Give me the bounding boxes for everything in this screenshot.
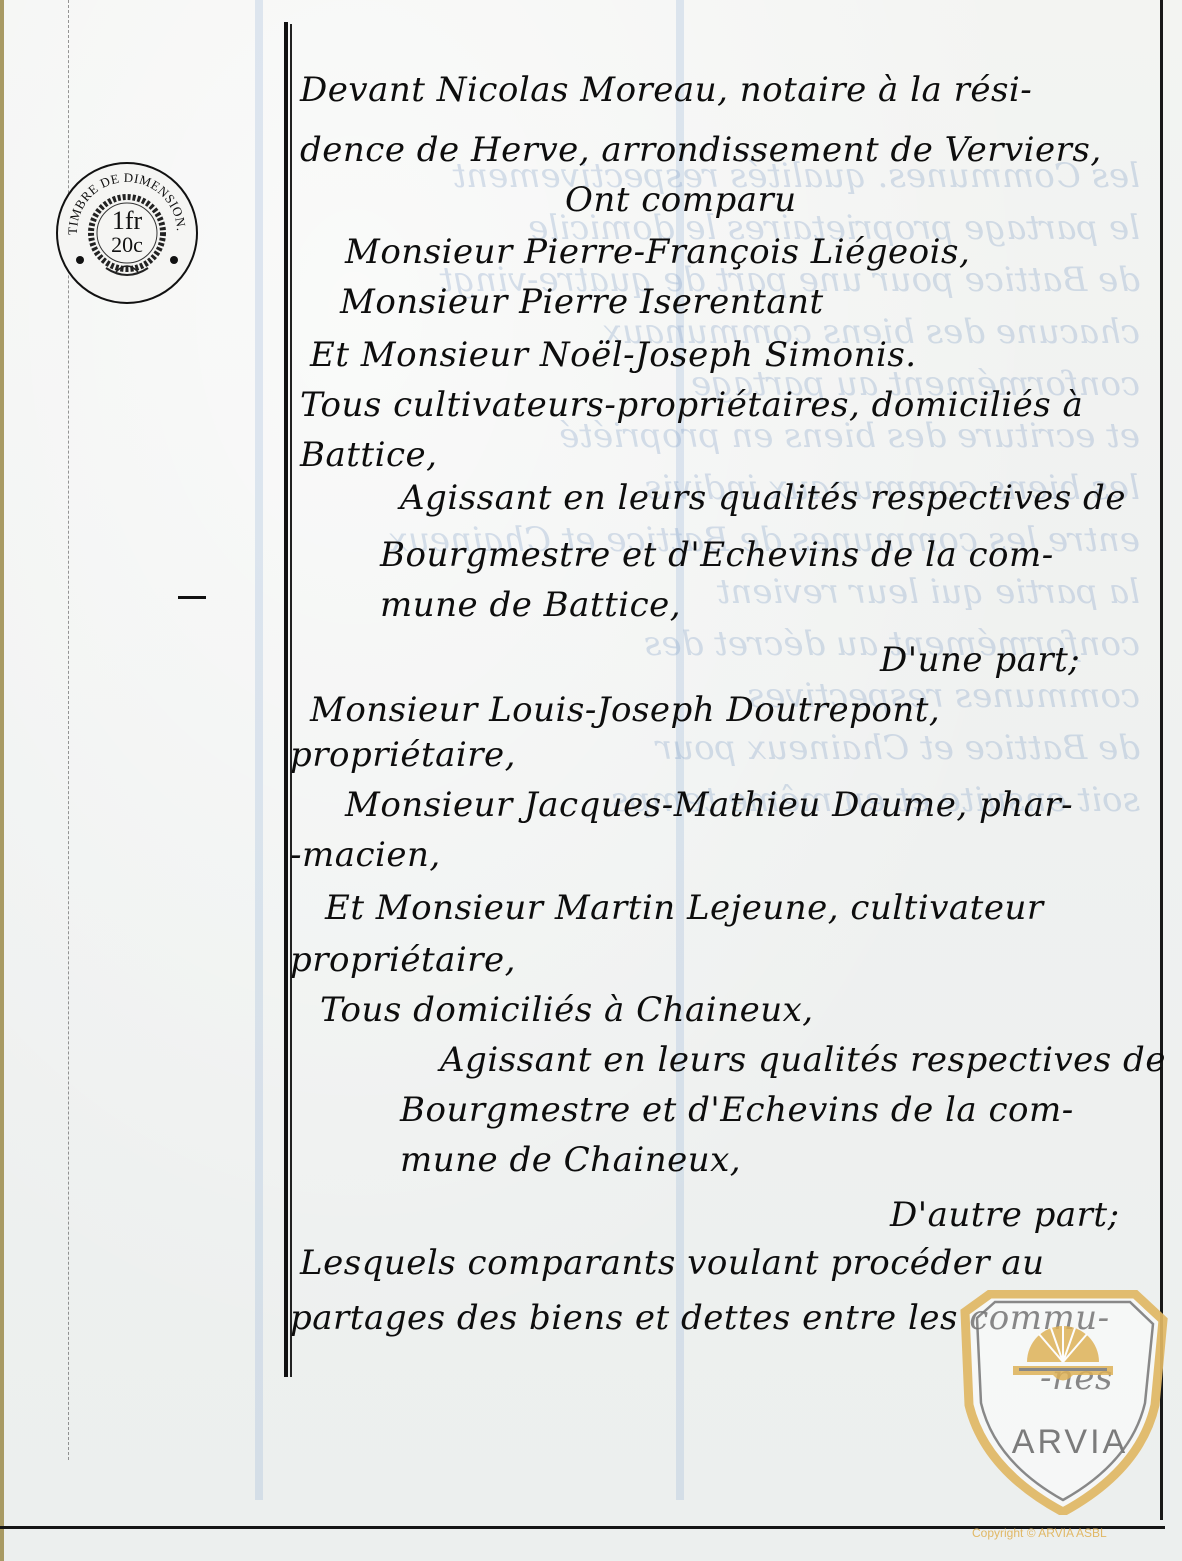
fiscal-stamp: TIMBRE DE DIMENSION. 1fr 20c bbox=[56, 162, 198, 304]
text-line: Et Monsieur Martin Lejeune, cultivateur bbox=[325, 888, 1044, 928]
arvia-shield-logo-icon bbox=[955, 1290, 1170, 1515]
text-line: Bourgmestre et d'Echevins de la com- bbox=[380, 535, 1054, 575]
text-line: -macien, bbox=[290, 835, 441, 875]
copyright-notice: Copyright © ARVIA ASBL bbox=[972, 1526, 1107, 1540]
document-page: les Communes. qualités respectivement le… bbox=[0, 0, 1182, 1561]
stamp-value: 1fr 20c bbox=[94, 200, 160, 266]
text-line: Monsieur Louis-Joseph Doutrepont, bbox=[310, 690, 940, 730]
text-line: propriétaire, bbox=[290, 940, 516, 980]
watermark-label: ARVIA bbox=[1010, 1423, 1130, 1462]
text-line: Lesquels comparants voulant procéder au bbox=[300, 1243, 1045, 1283]
text-line: Devant Nicolas Moreau, notaire à la rési… bbox=[300, 70, 1032, 110]
text-line: Et Monsieur Noël-Joseph Simonis. bbox=[310, 335, 917, 375]
page-left-edge bbox=[0, 0, 4, 1561]
text-line: propriétaire, bbox=[290, 735, 516, 775]
text-line: D'une part; bbox=[880, 640, 1080, 680]
margin-double-rule-thin bbox=[290, 24, 292, 1377]
text-line: Tous cultivateurs-propriétaires, domicil… bbox=[300, 385, 1083, 425]
text-line: dence de Herve, arrondissement de Vervie… bbox=[300, 130, 1102, 170]
text-line: Monsieur Jacques-Mathieu Daume, phar- bbox=[345, 785, 1073, 825]
stamp-centimes: 20c bbox=[94, 234, 160, 256]
text-line: Agissant en leurs qualités respectives d… bbox=[440, 1040, 1166, 1080]
text-line: Battice, bbox=[300, 435, 437, 475]
text-line: mune de Battice, bbox=[380, 585, 681, 625]
text-line: Monsieur Pierre-François Liégeois, bbox=[345, 232, 970, 272]
text-line: Agissant en leurs qualités respectives d… bbox=[400, 478, 1126, 518]
bleed-through-rule bbox=[255, 0, 263, 1500]
margin-double-rule bbox=[284, 22, 288, 1377]
text-line: mune de Chaineux, bbox=[400, 1140, 741, 1180]
text-line: Ont comparu bbox=[565, 180, 797, 220]
margin-dash-mark bbox=[178, 596, 206, 599]
text-line: D'autre part; bbox=[890, 1195, 1120, 1235]
text-line: Bourgmestre et d'Echevins de la com- bbox=[400, 1090, 1074, 1130]
stamp-francs: 1fr bbox=[94, 208, 160, 234]
text-line: Tous domiciliés à Chaineux, bbox=[320, 990, 814, 1030]
text-line: Monsieur Pierre Iserentant bbox=[340, 282, 824, 322]
